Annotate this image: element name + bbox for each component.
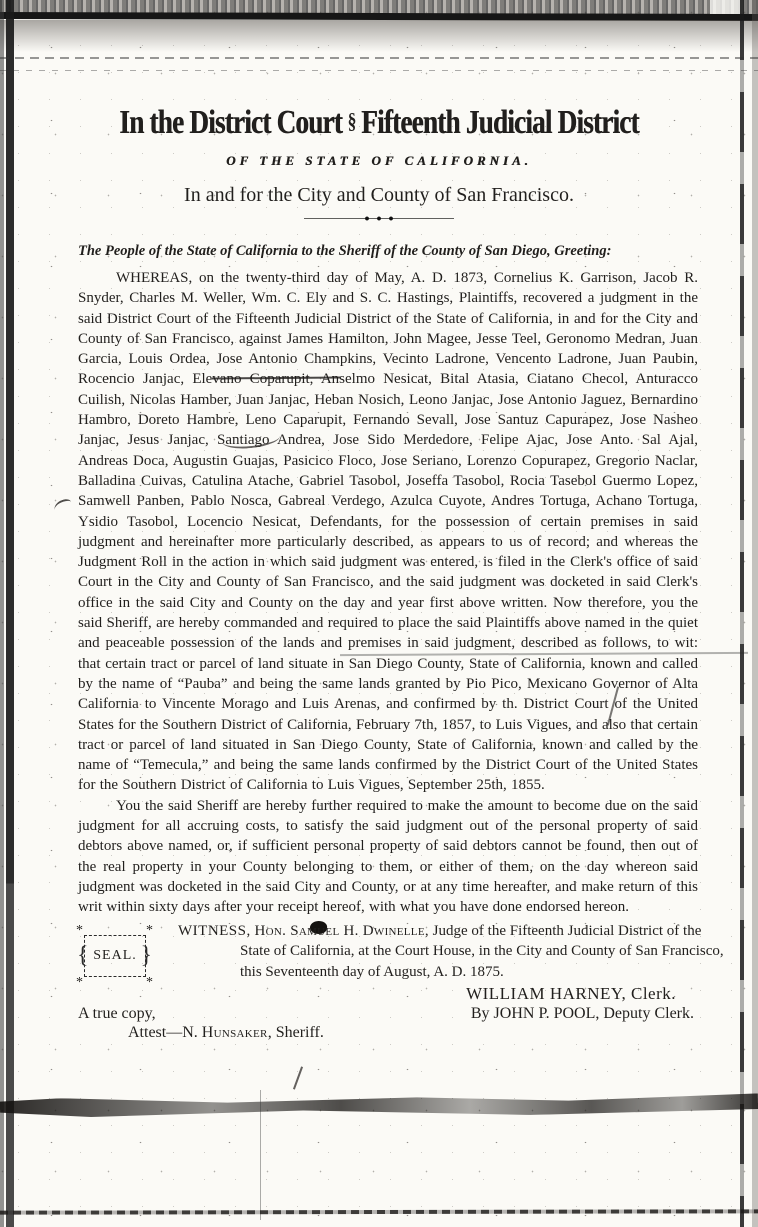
section-ornament-icon: § (348, 108, 356, 133)
attest-suffix: , Sheriff. (268, 1024, 324, 1041)
deputy-clerk-signature: By JOHN P. POOL, Deputy Clerk. (471, 1005, 694, 1023)
seal-brace-ornament-icon: { (77, 942, 90, 969)
pen-slash-mark (293, 1066, 303, 1089)
witness-word: WITNESS, (178, 923, 251, 939)
scan-artifact-top-shadow (0, 20, 758, 52)
jurisdiction-line: In and for the City and County of San Fr… (0, 184, 758, 207)
scan-artifact-fold-line (260, 1090, 261, 1220)
seal-corner-asterisk-icon: * (146, 927, 154, 935)
closing-block: * * * * { } SEAL. WITNESS, Hon. Samuel H… (0, 921, 758, 1043)
true-copy-note: A true copy, (78, 1005, 156, 1023)
scan-artifact-crease-line (0, 70, 758, 71)
scan-artifact-bottom-rule (0, 1209, 758, 1214)
seal-corner-asterisk-icon: * (146, 979, 154, 987)
judge-name: Hon. Samuel H. Dwinelle, (255, 923, 429, 939)
title-text-left: In the District Court (119, 104, 342, 141)
seal-corner-asterisk-icon: * (76, 979, 84, 987)
scan-artifact-smudge-band (0, 1093, 758, 1118)
ornamental-divider (304, 216, 454, 221)
pen-margin-mark (53, 498, 74, 515)
scan-artifact-top-rule (0, 12, 758, 21)
sheriff-name: Hunsaker (202, 1024, 268, 1041)
document-title: In the District Court§Fifteenth Judicial… (76, 104, 682, 142)
witness-clause: WITNESS, Hon. Samuel H. Dwinelle, Judge … (178, 921, 730, 983)
scan-artifact-top-gap (710, 0, 740, 14)
attest-line: Attest—N. Hunsaker, Sheriff. (128, 1024, 758, 1042)
signature-row: A true copy, By JOHN P. POOL, Deputy Cle… (0, 1005, 758, 1023)
document-page: In the District Court§Fifteenth Judicial… (0, 0, 758, 1227)
body-paragraph-whereas: WHEREAS, on the twenty-third day of May,… (78, 268, 698, 796)
clerk-signature: WILLIAM HARNEY, Clerk. (0, 984, 758, 1004)
salutation-line: The People of the State of California to… (78, 243, 678, 260)
seal-brace-ornament-icon: } (140, 942, 153, 969)
seal-label: SEAL. (93, 948, 137, 964)
body-paragraph-command: You the said Sheriff are hereby further … (78, 796, 698, 918)
scan-artifact-top-noise (0, 0, 758, 15)
attest-prefix: Attest—N. (128, 1024, 202, 1041)
title-text-right: Fifteenth Judicial District (361, 104, 639, 141)
seal-corner-asterisk-icon: * (76, 927, 84, 935)
scan-artifact-crease-line (0, 57, 758, 59)
court-seal: * * * * { } SEAL. (84, 935, 146, 977)
document-subtitle: OF THE STATE OF CALIFORNIA. (0, 153, 758, 169)
